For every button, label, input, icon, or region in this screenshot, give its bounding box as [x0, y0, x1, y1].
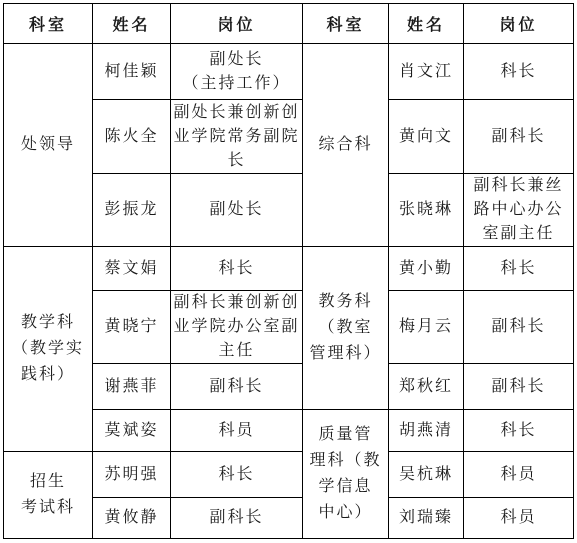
- name-cell: 郑秋红: [389, 364, 464, 410]
- department-cell: 处领导: [4, 44, 93, 247]
- name-cell: 黄小勤: [389, 247, 464, 291]
- position-cell: 副科长兼创新创 业学院办公室副 主任: [171, 291, 303, 364]
- header-pos-left: 岗位: [171, 4, 303, 44]
- name-cell: 谢燕菲: [93, 364, 171, 410]
- name-cell: 胡燕清: [389, 410, 464, 452]
- name-cell: 柯佳颖: [93, 44, 171, 100]
- position-cell: 副科长: [464, 364, 574, 410]
- position-cell: 科长: [171, 452, 303, 498]
- position-cell: 副处长 （主持工作）: [171, 44, 303, 100]
- header-name-right: 姓名: [389, 4, 464, 44]
- name-cell: 莫斌姿: [93, 410, 171, 452]
- position-cell: 副科长: [464, 291, 574, 364]
- name-cell: 张晓琳: [389, 174, 464, 247]
- table-row: 处领导 柯佳颖 副处长 （主持工作） 综合科 肖文江 科长: [4, 44, 574, 100]
- position-cell: 副科长兼丝 路中心办公 室副主任: [464, 174, 574, 247]
- name-cell: 梅月云: [389, 291, 464, 364]
- table-row: 招生 考试科 苏明强 科长 吴杭琳 科员: [4, 452, 574, 498]
- department-cell: 教学科 （教学实 践科）: [4, 247, 93, 452]
- position-cell: 副处长兼创新创 业学院常务副院 长: [171, 100, 303, 174]
- position-cell: 副科长: [464, 100, 574, 174]
- department-cell: 质量管 理科（教 学信息 中心）: [303, 410, 389, 539]
- department-cell: 综合科: [303, 44, 389, 247]
- name-cell: 肖文江: [389, 44, 464, 100]
- table-row: 教学科 （教学实 践科） 蔡文娟 科长 教务科 （教室 管理科） 黄小勤 科长: [4, 247, 574, 291]
- position-cell: 副科长: [171, 364, 303, 410]
- position-cell: 副处长: [171, 174, 303, 247]
- name-cell: 吴杭琳: [389, 452, 464, 498]
- department-cell: 招生 考试科: [4, 452, 93, 539]
- name-cell: 刘瑞臻: [389, 498, 464, 539]
- position-cell: 科长: [464, 44, 574, 100]
- position-cell: 副科长: [171, 498, 303, 539]
- name-cell: 陈火全: [93, 100, 171, 174]
- header-row: 科室 姓名 岗位 科室 姓名 岗位: [4, 4, 574, 44]
- name-cell: 黄攸静: [93, 498, 171, 539]
- name-cell: 蔡文娟: [93, 247, 171, 291]
- position-cell: 科长: [171, 247, 303, 291]
- org-table: 科室 姓名 岗位 科室 姓名 岗位 处领导 柯佳颖 副处长 （主持工作） 综合科…: [3, 3, 574, 539]
- name-cell: 彭振龙: [93, 174, 171, 247]
- header-dept-left: 科室: [4, 4, 93, 44]
- department-cell: 教务科 （教室 管理科）: [303, 247, 389, 410]
- position-cell: 科员: [464, 498, 574, 539]
- name-cell: 黄晓宁: [93, 291, 171, 364]
- name-cell: 黄向文: [389, 100, 464, 174]
- position-cell: 科员: [464, 452, 574, 498]
- position-cell: 科员: [171, 410, 303, 452]
- position-cell: 科长: [464, 410, 574, 452]
- header-dept-right: 科室: [303, 4, 389, 44]
- name-cell: 苏明强: [93, 452, 171, 498]
- position-cell: 科长: [464, 247, 574, 291]
- header-pos-right: 岗位: [464, 4, 574, 44]
- header-name-left: 姓名: [93, 4, 171, 44]
